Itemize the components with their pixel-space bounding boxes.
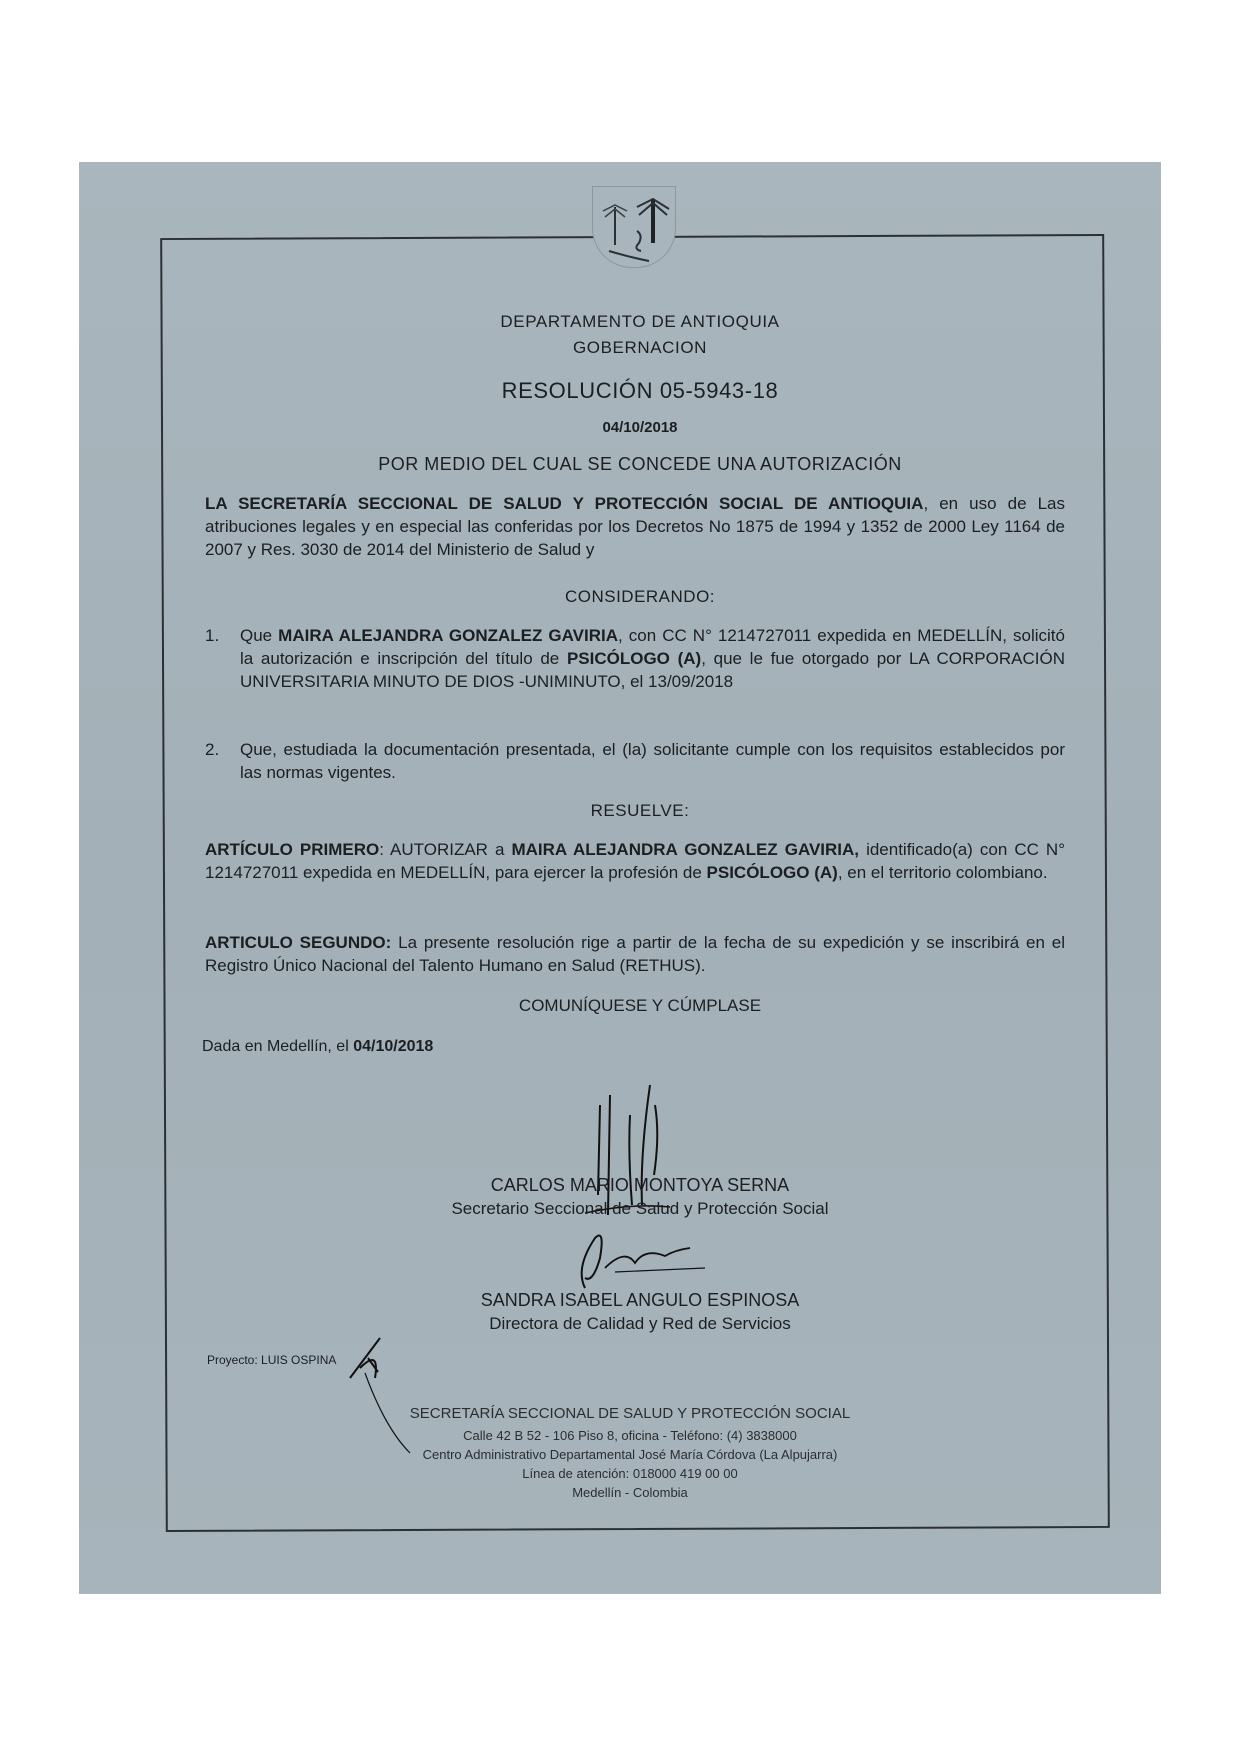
considerando-item-1: 1. Que MAIRA ALEJANDRA GONZALEZ GAVIRIA,… xyxy=(205,624,1065,693)
signature-2-icon xyxy=(555,1228,715,1298)
considerando-item-2: 2. Que, estudiada la documentación prese… xyxy=(205,738,1065,784)
preamble: LA SECRETARÍA SECCIONAL DE SALUD Y PROTE… xyxy=(205,492,1065,561)
footer-center: Centro Administrativo Departamental José… xyxy=(380,1447,880,1462)
issue-place-date: Dada en Medellín, el 04/10/2018 xyxy=(202,1038,433,1056)
signatory-1-role: Secretario Seccional de Salud y Protecci… xyxy=(380,1199,900,1219)
degree-title: PSICÓLOGO (A) xyxy=(567,649,701,668)
signatory-1-name: CARLOS MARIO MONTOYA SERNA xyxy=(380,1175,900,1196)
closing-formula: COMUNÍQUESE Y CÚMPLASE xyxy=(380,996,900,1016)
footer-city: Medellín - Colombia xyxy=(380,1485,880,1500)
signatory-2-role: Directora de Calidad y Red de Servicios xyxy=(380,1314,900,1334)
footer-title: SECRETARÍA SECCIONAL DE SALUD Y PROTECCI… xyxy=(380,1405,880,1422)
footer-address: Calle 42 B 52 - 106 Piso 8, oficina - Te… xyxy=(380,1428,880,1443)
resuelve-heading: RESUELVE: xyxy=(380,801,900,821)
resolution-number: RESOLUCIÓN 05-5943-18 xyxy=(380,378,900,404)
department-heading: DEPARTAMENTO DE ANTIOQUIA xyxy=(380,312,900,332)
articulo-primero: ARTÍCULO PRIMERO: AUTORIZAR a MAIRA ALEJ… xyxy=(205,838,1065,884)
issuing-authority: LA SECRETARÍA SECCIONAL DE SALUD Y PROTE… xyxy=(205,494,923,513)
resolution-subject: POR MEDIO DEL CUAL SE CONCEDE UNA AUTORI… xyxy=(250,454,1030,475)
articulo-segundo: ARTICULO SEGUNDO: La presente resolución… xyxy=(205,931,1065,977)
signatory-2-name: SANDRA ISABEL ANGULO ESPINOSA xyxy=(380,1290,900,1311)
office-heading: GOBERNACION xyxy=(380,338,900,358)
resolution-date: 04/10/2018 xyxy=(380,419,900,436)
considerando-heading: CONSIDERANDO: xyxy=(380,587,900,607)
applicant-name: MAIRA ALEJANDRA GONZALEZ GAVIRIA xyxy=(278,626,618,645)
coat-of-arms-icon xyxy=(592,186,676,268)
projected-by: Proyecto: LUIS OSPINA xyxy=(207,1353,336,1367)
footer-phone-line: Línea de atención: 018000 419 00 00 xyxy=(380,1466,880,1481)
